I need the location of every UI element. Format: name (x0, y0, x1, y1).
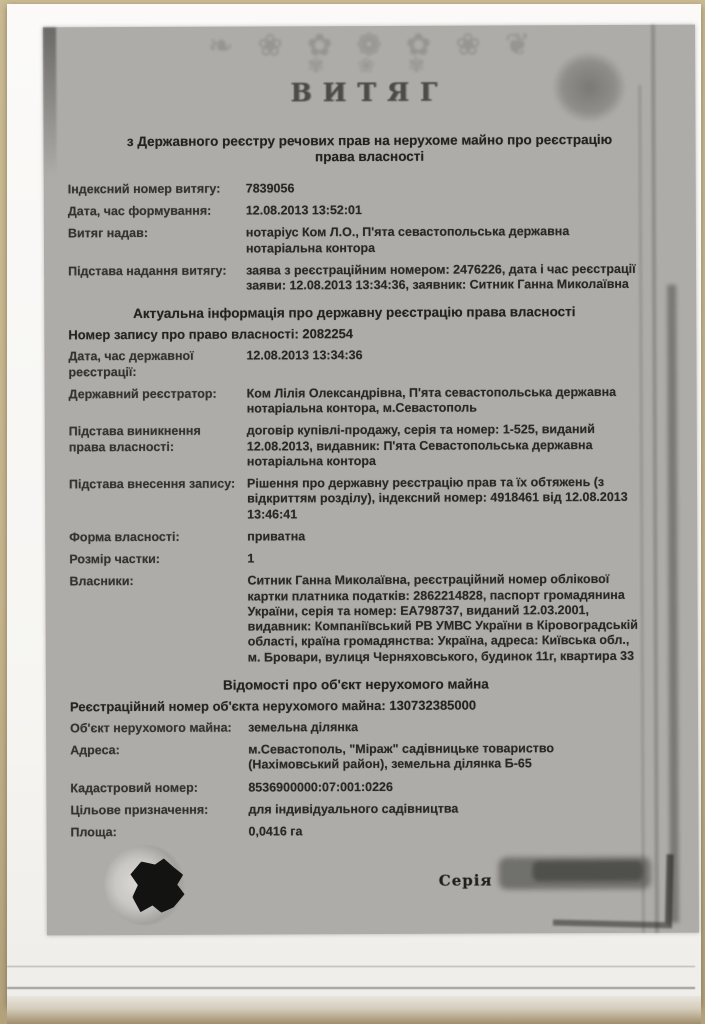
field-row: Витяг надав: нотаріус Ком Л.О., П'ята се… (68, 224, 640, 257)
field-row: Адреса: м.Севастополь, "Міраж" садівниць… (70, 741, 642, 774)
ornament-icon: ❧ ❀ ✿ ❁ ✿ ❀ ❦ ✾ ❀ ✾ (203, 27, 543, 78)
field-value: 8536900000:07:001:0226 (248, 779, 642, 796)
field-row: Форма власності: приватна (69, 528, 641, 546)
field-label: Кадастровий номер: (70, 780, 242, 796)
field-row: Площа: 0,0416 га (71, 823, 643, 841)
field-label: Дата, час державної реєстрації: (68, 349, 240, 380)
section-header-actual-info: Актуальна інформація про державну реєстр… (68, 304, 640, 321)
field-label: Підстава надання витягу: (68, 264, 240, 295)
field-row: Підстава надання витягу: заява з реєстра… (68, 262, 640, 295)
field-row: Підстава внесення запису: Рішення про де… (69, 475, 641, 523)
paper-stack-edge (7, 996, 701, 1024)
field-row: Об'єкт нерухомого майна: земельна ділянк… (70, 719, 642, 737)
field-value: 1 (247, 550, 641, 567)
field-value: Ситник Ганна Миколаївна, реєстраційний н… (247, 572, 641, 665)
field-row: Державний реєстратор: Ком Лілія Олександ… (69, 385, 641, 418)
field-value: 7839056 (246, 180, 640, 197)
field-label: Площа: (71, 825, 243, 841)
document-photo: ❧ ❀ ✿ ❁ ✿ ❀ ❦ ✾ ❀ ✾ ВИТЯГ з Державного р… (0, 0, 705, 1024)
scanned-extract: ❧ ❀ ✿ ❁ ✿ ❀ ❦ ✾ ❀ ✾ ВИТЯГ з Державного р… (43, 25, 699, 936)
field-label: Витяг надав: (68, 226, 240, 257)
field-row: Розмір частки: 1 (69, 550, 641, 568)
field-row: Підстава виникнення права власності: дог… (69, 422, 641, 470)
ornament-row: ✾ ❀ ✾ (203, 52, 543, 78)
field-row: Власники: Ситник Ганна Миколаївна, реєст… (69, 572, 641, 666)
field-row: Кадастровий номер: 8536900000:07:001:022… (70, 779, 642, 797)
field-value: приватна (247, 528, 641, 545)
paper-sheet: ❧ ❀ ✿ ❁ ✿ ❀ ❦ ✾ ❀ ✾ ВИТЯГ з Державного р… (7, 4, 701, 1006)
field-row: Дата, час формування: 12.08.2013 13:52:0… (68, 202, 640, 220)
field-value: Ком Лілія Олександрівна, П'ята севастопо… (247, 385, 641, 417)
field-label: Дата, час формування: (68, 204, 240, 220)
field-label: Індексний номер витягу: (68, 182, 240, 198)
field-label: Форма власності: (69, 530, 241, 546)
field-label: Розмір частки: (69, 552, 241, 568)
document-title: ВИТЯГ (43, 77, 695, 109)
field-value: заява з реєстраційним номером: 2476226, … (246, 262, 640, 294)
series-label: Серія (439, 871, 493, 889)
document-body: Індексний номер витягу: 7839056 Дата, ча… (44, 165, 699, 841)
field-value: земельна ділянка (248, 719, 642, 736)
field-row: Дата, час державної реєстрації: 12.08.20… (68, 347, 640, 380)
field-value: 0,0416 га (249, 823, 643, 840)
ownership-record-number: Номер запису про право власності: 208225… (68, 325, 640, 342)
field-label: Адреса: (70, 743, 242, 774)
field-value: м.Севастополь, "Міраж" садівницьке товар… (248, 741, 642, 773)
field-label: Підстава виникнення права власності: (69, 424, 241, 471)
field-label: Власники: (69, 574, 241, 666)
field-row: Цільове призначення: для індивідуального… (70, 801, 642, 819)
field-value: Рішення про державну реєстрацію прав та … (247, 475, 641, 522)
field-row: Індексний номер витягу: 7839056 (68, 180, 640, 198)
field-value: договір купівлі-продажу, серія та номер:… (247, 422, 641, 469)
field-label: Підстава внесення запису: (69, 477, 241, 524)
field-value: нотаріус Ком Л.О., П'ята севастопольська… (246, 224, 640, 256)
field-value: 12.08.2013 13:34:36 (246, 347, 640, 379)
field-value: 12.08.2013 13:52:01 (246, 202, 640, 219)
field-label: Об'єкт нерухомого майна: (70, 721, 242, 737)
field-label: Державний реєстратор: (69, 387, 241, 418)
underlying-card-corner (553, 852, 674, 929)
underlying-sheet-edge (7, 987, 695, 989)
underlying-sheet-edge (7, 966, 695, 967)
section-header-property-info: Відомості про об'єкт нерухомого майна (70, 676, 642, 693)
document-subtitle: з Державного реєстру речових прав на нер… (119, 132, 619, 167)
field-label: Цільове призначення: (70, 803, 242, 819)
property-record-number: Реєстраційний номер об'єкта нерухомого м… (70, 697, 642, 714)
field-value: для індивідуального садівництва (248, 801, 642, 818)
